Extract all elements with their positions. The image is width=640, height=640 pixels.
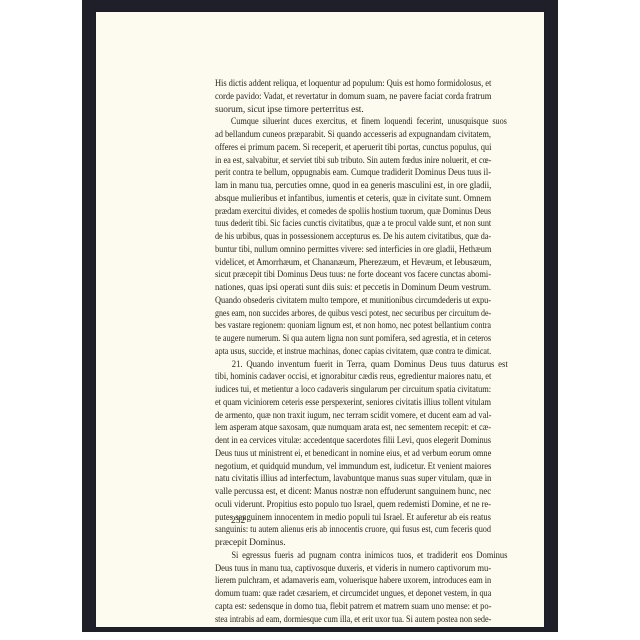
text-line: lam in manu tua, percuties omne, quod in… bbox=[215, 180, 491, 193]
text-line: tibi, hominis cadaver occisi, et ignorab… bbox=[215, 371, 491, 384]
text-line: buntur tibi, nullum omnino permittes viv… bbox=[215, 244, 491, 257]
text-line: offeres ei primum pacem. Si receperit, e… bbox=[215, 142, 491, 155]
text-line: perit contra te bellum, oppugnabis eam. … bbox=[215, 167, 491, 180]
text-line: videlicet, et Amorrhæum, et Chananæum, P… bbox=[215, 257, 491, 270]
text-line: præcepit Dominus. bbox=[215, 537, 491, 550]
text-line: stea intrabis ad eam, dormiesque cum ill… bbox=[215, 614, 491, 627]
text-line: dent in ea cervices vitulæ: accedentque … bbox=[215, 435, 491, 448]
text-line: capta est: sedensque in domo tua, flebit… bbox=[215, 601, 491, 614]
text-line: lem asperam atque saxosam, quæ numquam a… bbox=[215, 422, 491, 435]
text-line: suorum, sicut ipse timore perterritus es… bbox=[215, 104, 491, 117]
text-line: iudices tui, et metientur a loco cadaver… bbox=[215, 384, 491, 397]
text-line: Cumque siluerint duces exercitus, et fin… bbox=[215, 116, 507, 129]
text-line: absque mulieribus et infantibus, iumenti… bbox=[215, 193, 491, 206]
text-line: corde pavido: Vadat, et revertatur in do… bbox=[215, 91, 491, 104]
text-line: nationes, quas ipsi operati sunt diis su… bbox=[215, 282, 491, 295]
page-number: 232 bbox=[231, 516, 245, 526]
text-line: in ea est, salvabitur, et serviet tibi s… bbox=[215, 155, 491, 168]
text-line: domum tuam: quæ radet cæsariem, et circu… bbox=[215, 588, 491, 601]
text-line: apta usus, succide, et instrue machinas,… bbox=[215, 346, 491, 359]
text-line: prædam exercitui divides, et comedes de … bbox=[215, 206, 491, 219]
text-line: putes sanguinem innocentem in medio popu… bbox=[215, 512, 491, 525]
text-line: gnes eam, non succides arbores, de quibu… bbox=[215, 308, 491, 321]
text-line: sicut præcepit tibi Dominus Deus tuus: n… bbox=[215, 269, 491, 282]
text-line: ad bellandum cuneos præparabit. Si quand… bbox=[215, 129, 491, 142]
book-page: His dictis addent reliqua, et loquentur … bbox=[96, 12, 544, 627]
text-line: sanguinis: tu autem alienus eris ab inno… bbox=[215, 524, 491, 537]
text-line: 21. Quando inventum fuerit in Terra, qua… bbox=[215, 359, 508, 372]
text-line: tuus dederit tibi. Sic facies cunctis ci… bbox=[215, 218, 491, 231]
text-line: oculi viderunt. Propitius esto populo tu… bbox=[215, 499, 491, 512]
text-line: Si egressus fueris ad pugnam contra inim… bbox=[215, 550, 507, 563]
text-line: te augere numerum. Si qua autem ligna no… bbox=[215, 333, 491, 346]
text-line: et quam viciniorem ceteris esse perspexe… bbox=[215, 397, 491, 410]
text-line: lierem pulchram, et adamaveris eam, volu… bbox=[215, 575, 491, 588]
text-line: Deus tuus in manu tua, captivosque duxer… bbox=[215, 563, 491, 576]
text-line: Quando obsederis civitatem multo tempore… bbox=[215, 295, 491, 308]
text-line: de armento, quæ non traxit iugum, nec te… bbox=[215, 410, 491, 423]
text-line: bes vastare regionem: quoniam lignum est… bbox=[215, 320, 491, 333]
text-line: His dictis addent reliqua, et loquentur … bbox=[215, 78, 491, 91]
text-line: valle percussa est, et dicent: Manus nos… bbox=[215, 486, 491, 499]
body-text: His dictis addent reliqua, et loquentur … bbox=[215, 78, 491, 626]
text-line: Deus tuus ut ministrent ei, et benedican… bbox=[215, 448, 491, 461]
text-line: natu civitatis illius ad interfectum, la… bbox=[215, 473, 491, 486]
text-line: de his urbibus, quas in possessionem acc… bbox=[215, 231, 491, 244]
text-line: negotium, et quidquid mundum, vel immund… bbox=[215, 461, 491, 474]
